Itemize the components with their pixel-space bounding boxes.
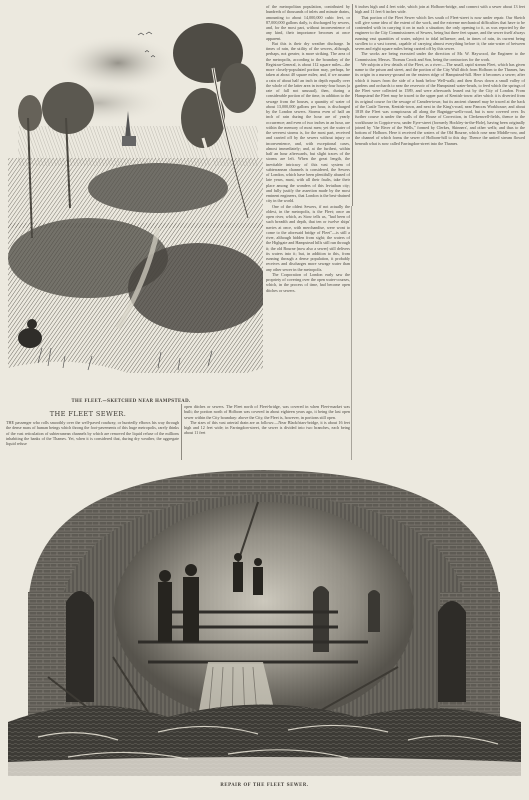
newspaper-page: THE FLEET.—SKETCHED NEAR HAMPSTEAD. THE … bbox=[0, 0, 529, 800]
article-column-narrow: of the metropolitan population, contribu… bbox=[266, 4, 350, 396]
caption-repair-fleet-sewer: REPAIR OF THE FLEET SEWER. bbox=[0, 782, 529, 787]
paragraph: The Corporation of London early saw the … bbox=[266, 272, 350, 293]
article-column-wide: 6 inches high and 4 feet wide, which joi… bbox=[355, 4, 525, 204]
paragraph: of the metropolitan population, contribu… bbox=[266, 4, 350, 41]
paragraph: The works are being executed under the d… bbox=[355, 51, 525, 62]
engraving-repair-fleet-sewer bbox=[8, 462, 521, 776]
paragraph: We subjoin a few details of the Fleet, a… bbox=[355, 62, 525, 146]
sewer-tunnel-illustration-icon bbox=[8, 462, 521, 776]
paragraph: 6 inches high and 4 feet wide, which joi… bbox=[355, 4, 525, 15]
article-intro: THE passenger who rolls smoothly over th… bbox=[6, 420, 179, 460]
paragraph: The sizes of this vast arterial drain ar… bbox=[184, 420, 350, 436]
paragraph: open ditches or sewers. The Fleet north … bbox=[184, 404, 350, 420]
article-headline: THE FLEET SEWER. bbox=[0, 410, 176, 418]
article-column-middle: open ditches or sewers. The Fleet north … bbox=[184, 404, 350, 460]
paragraph: That portion of the Fleet Sewer which li… bbox=[355, 15, 525, 52]
column-divider bbox=[351, 206, 352, 460]
landscape-illustration-icon bbox=[8, 8, 263, 396]
paragraph: But this is their dry weather discharge.… bbox=[266, 41, 350, 204]
paragraph: THE passenger who rolls smoothly over th… bbox=[6, 420, 179, 446]
caption-fleet-hampstead: THE FLEET.—SKETCHED NEAR HAMPSTEAD. bbox=[0, 398, 262, 403]
paragraph: One of the oldest Sewers, if not actuall… bbox=[266, 204, 350, 272]
engraving-fleet-hampstead bbox=[8, 8, 263, 396]
column-divider bbox=[181, 404, 182, 460]
column-divider bbox=[352, 4, 353, 206]
